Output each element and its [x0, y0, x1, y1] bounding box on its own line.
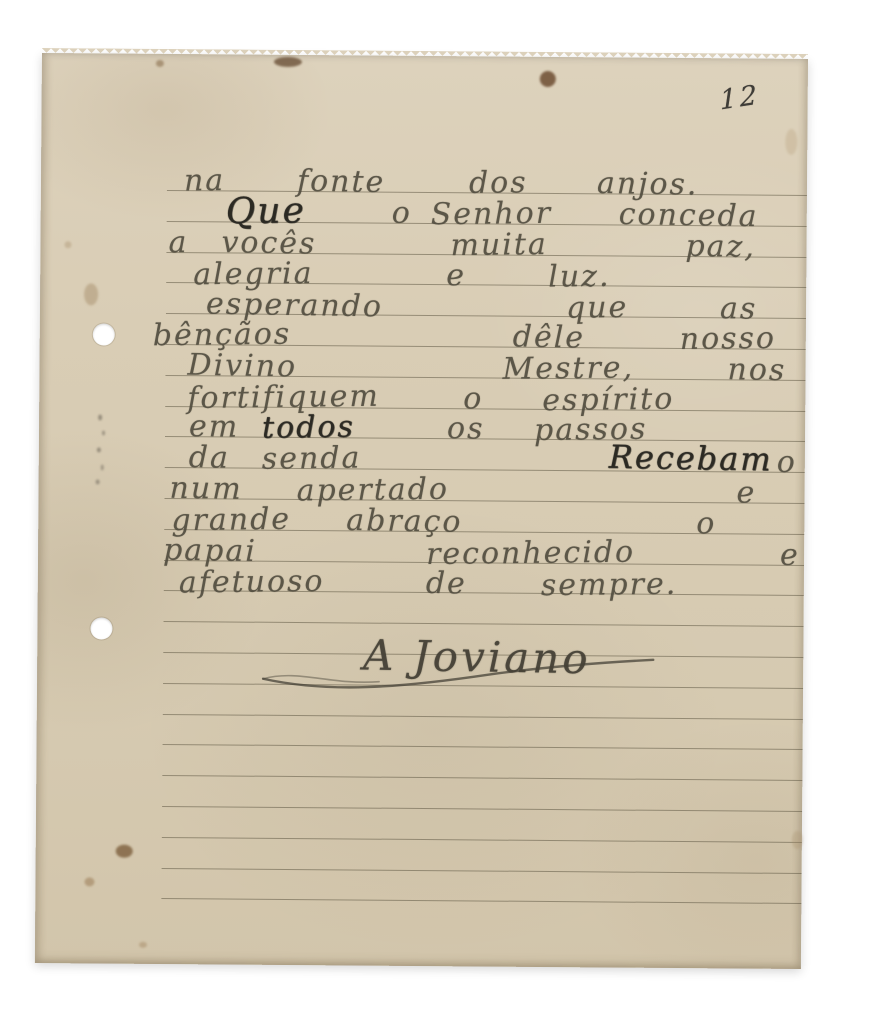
letter-paper: 12 nafontedosanjos.QueoSenhorconcedaavoc… — [35, 53, 808, 969]
foxing-stain — [116, 845, 133, 858]
handwritten-word: luz. — [548, 260, 611, 294]
foxing-stain — [101, 464, 104, 470]
foxing-stain — [84, 877, 94, 886]
handwritten-word: Senhor — [431, 197, 553, 231]
page-number: 12 — [719, 79, 760, 116]
handwritten-word: e — [736, 476, 756, 509]
handwritten-word: Mestre, — [502, 351, 634, 385]
foxing-stain — [274, 57, 302, 67]
handwritten-word: senda — [262, 442, 362, 476]
handwritten-word: e — [780, 539, 800, 572]
handwritten-word: o — [777, 446, 797, 479]
ruled-line — [163, 714, 803, 720]
scanned-letter-page: 12 nafontedosanjos.QueoSenhorconcedaavoc… — [0, 0, 878, 1024]
stains-layer — [42, 53, 808, 59]
foxing-stain — [139, 942, 147, 948]
ruled-line — [162, 775, 802, 781]
ruled-line — [163, 744, 803, 750]
handwritten-word: apertado — [296, 473, 449, 508]
ruled-line — [162, 868, 802, 874]
handwritten-word: afetuoso — [179, 565, 325, 600]
handwritten-word: em — [189, 410, 240, 444]
foxing-stain — [792, 831, 803, 849]
punch-holes — [42, 53, 808, 59]
handwritten-word: Recebam — [609, 440, 773, 478]
handwritten-word: sempre. — [541, 568, 678, 603]
handwritten-word: de — [426, 567, 468, 601]
handwritten-word: nos — [727, 353, 786, 387]
handwritten-text: nafontedosanjos.QueoSenhorconcedaavocêsm… — [42, 53, 808, 59]
handwritten-word: todos — [262, 411, 355, 445]
handwritten-word: dos — [469, 166, 528, 200]
ruled-line — [164, 621, 804, 627]
handwritten-word: na — [184, 164, 226, 197]
foxing-stain — [785, 129, 797, 155]
foxing-stain — [64, 241, 71, 248]
handwritten-word: da — [189, 441, 231, 475]
ruled-line — [161, 898, 801, 904]
foxing-stain — [156, 60, 164, 67]
handwritten-word: o — [391, 197, 412, 230]
handwritten-word: paz, — [685, 230, 756, 264]
ruled-line — [162, 806, 802, 812]
handwritten-word: a — [168, 226, 188, 259]
punch-hole — [93, 323, 115, 345]
ruled-line — [162, 837, 802, 843]
handwritten-word: anjos. — [597, 167, 699, 202]
ruled-lines — [42, 53, 808, 59]
foxing-stain — [98, 414, 102, 420]
handwritten-word: num — [169, 472, 243, 506]
foxing-stain — [102, 430, 105, 435]
handwritten-word: dêle — [513, 320, 586, 354]
foxing-stain — [96, 479, 100, 484]
handwritten-word: Divino — [187, 349, 297, 384]
signature-flourish — [259, 651, 659, 694]
foxing-stain — [540, 71, 556, 87]
handwritten-word: nosso — [680, 322, 777, 356]
handwritten-word: papai — [163, 534, 257, 569]
handwritten-word: o — [696, 507, 716, 540]
foxing-stain — [84, 283, 98, 305]
handwritten-word: e — [446, 259, 466, 292]
handwritten-word: abraço — [346, 504, 463, 539]
handwritten-word: bênçãos — [153, 318, 292, 353]
handwritten-word: muita — [450, 228, 548, 262]
handwritten-word: os — [447, 412, 485, 446]
foxing-stain — [97, 447, 101, 452]
handwritten-word: fonte — [297, 165, 386, 199]
punch-hole — [90, 617, 112, 639]
